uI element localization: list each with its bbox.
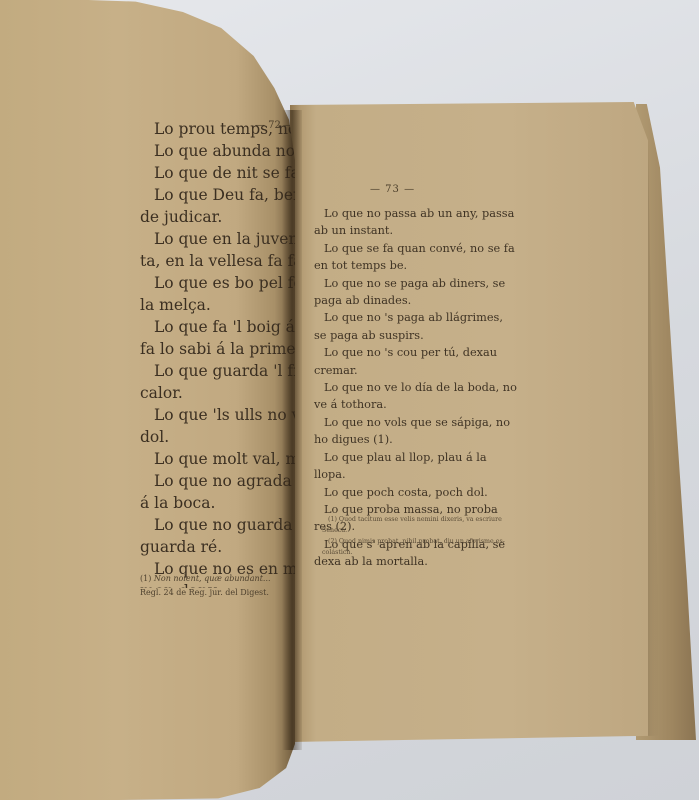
text-line: se paga ab suspirs. (314, 327, 546, 344)
text-line: Lo que de nit se fa, de... (140, 162, 300, 184)
text-line: Lo que poch costa, poch dol. (314, 484, 546, 501)
text-line: fa lo sabi á la primeria. (140, 338, 300, 360)
text-line: Lo que no ve lo día de la boda, no (314, 379, 546, 396)
footnote-line: colástich. (322, 547, 554, 558)
text-line: Lo que 'ls ulls no veuen... (140, 404, 300, 426)
text-line: Lo que no agrada als ulls... (140, 470, 300, 492)
spine-shadow (282, 110, 302, 750)
text-line: ab un instant. (314, 222, 546, 239)
right-page-number: — 73 — (370, 184, 415, 195)
text-line: Lo que es bo pel fetge... (140, 272, 300, 294)
footnote-line: (2) Quod nimis probat, nihil probat, diu… (322, 536, 554, 547)
text-line: en tot temps be. (314, 257, 546, 274)
left-page-text: Lo prou temps, no fa... Lo que abunda no… (140, 118, 300, 588)
text-line: Lo que abunda no perju... (140, 140, 300, 162)
text-line: cremar. (314, 362, 546, 379)
text-line: Lo que guarda 'l fre... (140, 360, 300, 382)
text-line: guarda ré. (140, 536, 300, 558)
text-line: ho digues (1). (314, 431, 546, 448)
footnote-line: Séneca. (322, 525, 554, 536)
text-line: ve á tothora. (314, 396, 546, 413)
text-line: á la boca. (140, 492, 300, 514)
text-line: llopa. (314, 466, 546, 483)
text-line: Lo que se fa quan convé, no se fa (314, 240, 546, 257)
text-line: Lo que fa 'l boig á la ... (140, 316, 300, 338)
text-line: Lo que no se paga ab diners, se (314, 275, 546, 292)
text-line: calor. (140, 382, 300, 404)
text-line: paga ab dinades. (314, 292, 546, 309)
text-line: ta, en la vellesa fa fa... (140, 250, 300, 272)
text-line: Lo que no passa ab un any, passa (314, 205, 546, 222)
text-line: dol. (140, 426, 300, 448)
text-line: de judicar. (140, 206, 300, 228)
text-line: Lo que Deu fa, ben fet... (140, 184, 300, 206)
right-page: — 73 — Lo que no passa ab un any, passa … (290, 102, 648, 742)
text-line: Lo que no vols que se sápiga, no (314, 414, 546, 431)
text-line: Lo que no guarda la ... (140, 514, 300, 536)
text-line: Lo que plau al llop, plau á la (314, 449, 546, 466)
left-page-footnote: (1) Non nolent, quæ abundant... Regl. 24… (140, 572, 300, 600)
text-line: Lo que molt val, molt... (140, 448, 300, 470)
text-line: Lo que no 's cou per tú, dexau (314, 344, 546, 361)
left-page: — 72 — Lo prou temps, no fa... Lo que ab… (0, 0, 295, 800)
text-line: Lo prou temps, no fa... (140, 118, 300, 140)
text-line: Lo que en la juventut... (140, 228, 300, 250)
footnote-ref: Regl. 24 de Reg. jur. del Digest. (140, 586, 300, 600)
footnote-marker: (1) (140, 574, 151, 583)
text-line: Lo que no 's paga ab llágrimes, (314, 309, 546, 326)
book-photo: — 73 — Lo que no passa ab un any, passa … (0, 0, 699, 800)
text-line: la melça. (140, 294, 300, 316)
footnote-latin: Non nolent, quæ abundant... (154, 574, 271, 583)
footnote-line: (1) Quod tacitum esse velis nemini dixer… (322, 514, 554, 525)
right-page-footnotes: (1) Quod tacitum esse velis nemini dixer… (322, 514, 554, 558)
